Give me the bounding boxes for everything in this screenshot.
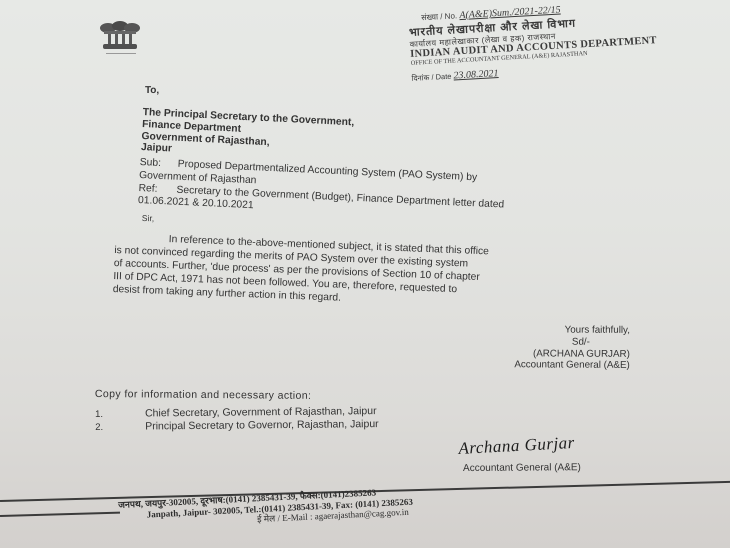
list-item: 2.Principal Secretary to Governor, Rajas…: [95, 418, 379, 434]
body-paragraph: In reference to the-above-mentioned subj…: [113, 232, 490, 311]
signature-title: Accountant General (A&E): [463, 462, 581, 474]
subject-reference: Sub:Proposed Departmentalized Accounting…: [138, 157, 506, 225]
letterhead-footer: जनपथ, जयपुर-302005, दूरभाष:(0141) 238543…: [118, 486, 414, 532]
copy-list: 1.Chief Secretary, Government of Rajasth…: [95, 405, 379, 434]
closing: Yours faithfully,: [462, 324, 630, 337]
ashoka-emblem-icon: [94, 18, 146, 58]
scanned-letter: संख्या / No. A(A&E)Sum./2021-22/15 भारती…: [0, 0, 730, 548]
sign-off-block: Yours faithfully, Sd/- (ARCHANA GURJAR) …: [462, 324, 630, 372]
greeting: Sir,: [142, 213, 155, 223]
letterhead: संख्या / No. A(A&E)Sum./2021-22/15 भारती…: [408, 0, 730, 84]
salutation-to: To,: [145, 85, 159, 96]
footer-divider-segment: [0, 512, 120, 517]
signatory-title: Accountant General (A&E): [462, 359, 630, 372]
signed-mark: Sd/-: [462, 336, 630, 349]
signatory-name: (ARCHANA GURJAR): [462, 348, 630, 361]
recipient-address: The Principal Secretary to the Governmen…: [141, 107, 355, 164]
copy-heading: Copy for information and necessary actio…: [95, 388, 312, 402]
handwritten-signature: Archana Gurjar: [458, 433, 575, 459]
